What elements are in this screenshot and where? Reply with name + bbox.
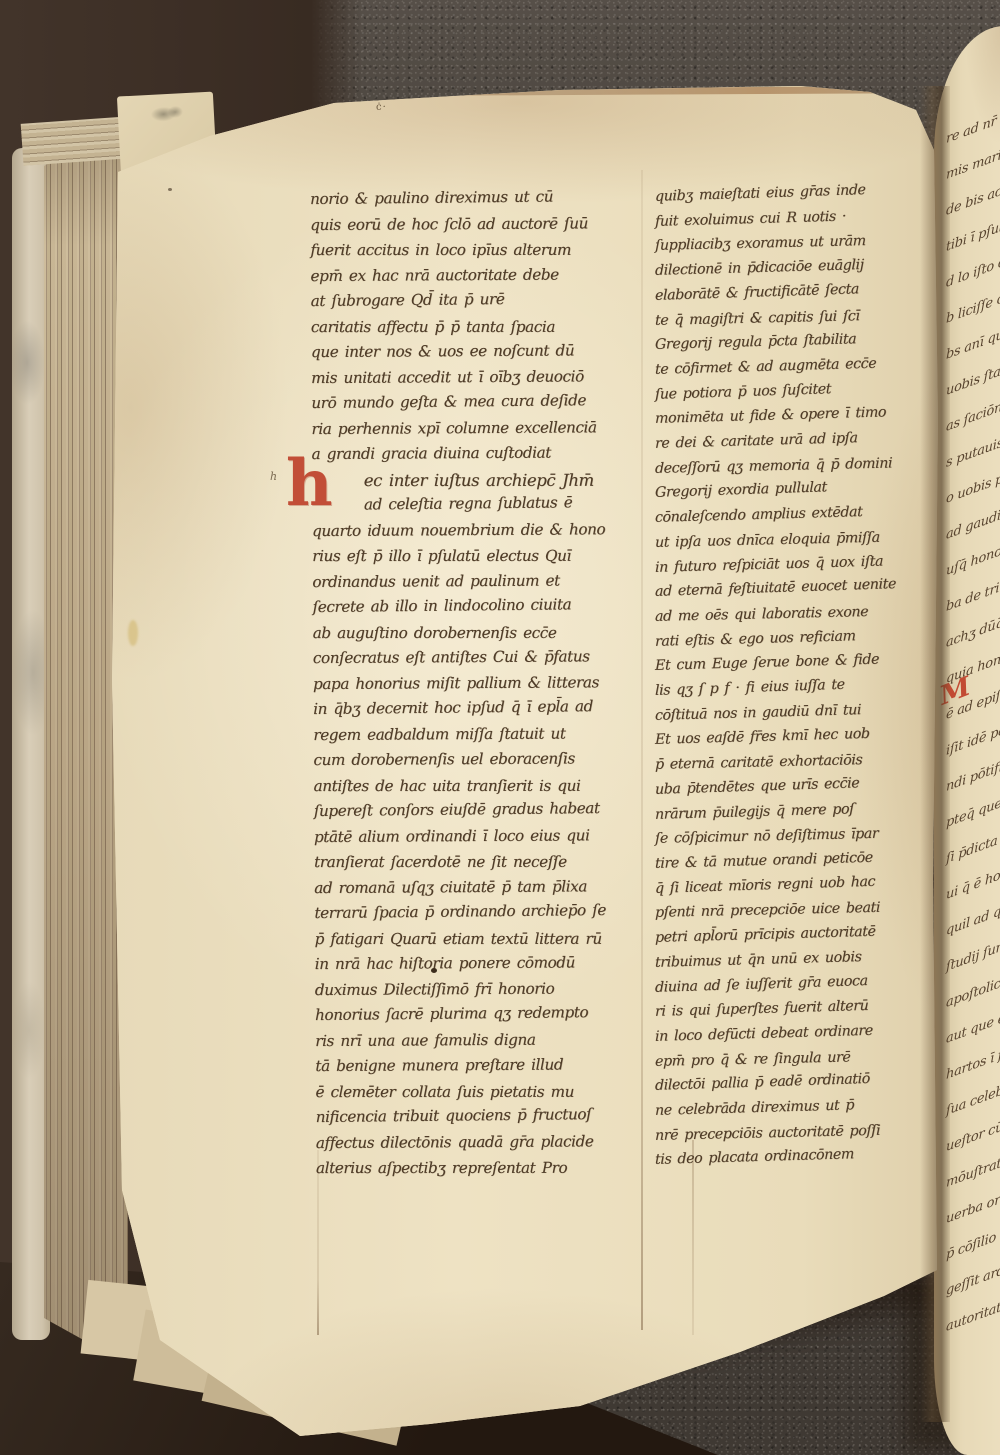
manuscript-line: quis eorū de hoc ſclō ad auctorē ſuū [310,210,645,238]
manuscript-line: at ſubrogare Qd̄ ita p̄ urē [311,286,646,315]
manuscript-line: caritatis affectu p̄ p̄ tanta ſpacia [311,314,646,340]
manuscript-line: terrarū ſpacia p̄ ordinando archiep̄o ſe [314,898,649,927]
manuscript-line: que inter nos & uos ee noſcunt dū [311,338,646,366]
manuscript-line: cum dorobernenſis uel eboracenſis [313,746,648,774]
gutter-fold-shadow [920,86,950,1422]
manuscript-line: tranſierat ſacerdotē ne ſit neceſſe [314,850,649,876]
manuscript-line: regem eadbaldum miſſa ſtatuit ut [313,720,648,748]
manuscript-line: alterius aſpectibʒ repreſentat Pro [316,1156,651,1182]
manuscript-line: epm̄ ex hac nrā auctoritate debe [310,261,645,289]
manuscript-line: duximus Dilectiſſimō frī honorio [315,975,650,1003]
ink-blot [431,968,437,973]
manuscript-line: rius eſt p̄ illo ī pſulatū electus Quī [312,544,647,570]
manuscript-line: p̄ fatigari Quarū etiam textū littera rū [315,926,650,952]
manuscript-line: nificencia tribuit quociens p̄ fructuoſ [316,1102,651,1131]
manuscript-line: affectus dilectōnis quadā gr̄a placide [316,1128,651,1156]
initial-guide-letter: h [270,470,277,483]
quire-signature-mark: ċ· [376,102,387,113]
manuscript-line: tā benigne munera preſtare illud [315,1052,650,1080]
manuscript-line: ris nrī una aue famulis digna [315,1026,650,1054]
manuscript-line: quarto iduum nouembrium die & hono [312,516,647,544]
manuscript-line: urō mundo geſta & mea cura deſide [311,388,646,417]
manuscript-line: ad romanā uſqʒ ciuitatē p̄ tam p̄lixa [314,873,649,901]
manuscript-photograph: re ad nr̄ uobis q̄mis maribʒde bis ac uo… [0,0,1000,1455]
text-column-right: quibʒ maieſtati eius gr̄as indefuit exol… [655,177,930,1173]
manuscript-line: conſecratus eſt antiſtes Cui & p̄fatus [313,644,648,672]
manuscript-line: ria perhennis xpī columne excellenciā [311,414,646,442]
text-column-left: norio & paulino direximus ut cūquis eorū… [310,185,651,1182]
parchment-stain [128,620,138,646]
manuscript-line: a grandi gracia diuina cuſtodiat [312,440,647,468]
manuscript-line: ſecrete ab illo in lindocolino ciuita [312,592,647,621]
manuscript-line: in nrā hac hiſtoria ponere cōmodū [315,950,650,978]
manuscript-line: ptātē alium ordinandi ī loco eius qui [314,822,649,850]
manuscript-line: ordinandus uenit ad paulinum et [312,567,647,595]
leaf-top-edges [21,116,132,165]
manuscript-line: fuerit accitus in loco ipīus alterum [310,238,645,264]
manuscript-line: ſupereſt conſors eiuſdē gradus habeat [314,796,649,825]
manuscript-line: ad celeſtia regna ſublatus ē [312,490,647,519]
manuscript-line: papa honorius miſit pallium & litteras [313,669,648,697]
manuscript-line: honorius ſacrē plurima qʒ redempto [315,1000,650,1029]
manuscript-line: ab auguſtino dorobernenſis ecc̄e [313,620,648,646]
rubricated-initial-h: h [286,452,333,516]
manuscript-line: in q̄bʒ decernit hoc ipſud q̄ ī epl̄a ad [313,694,648,723]
ink-smudge [150,105,185,123]
manuscript-line: norio & paulino direximus ut cū [310,184,645,213]
open-page-verso: ċ· norio & paulino direximus ut cūquis e… [0,0,1000,1455]
manuscript-line: mis unitati accedit ut ī oībʒ deuociō [311,363,646,391]
ink-speck [168,188,172,191]
